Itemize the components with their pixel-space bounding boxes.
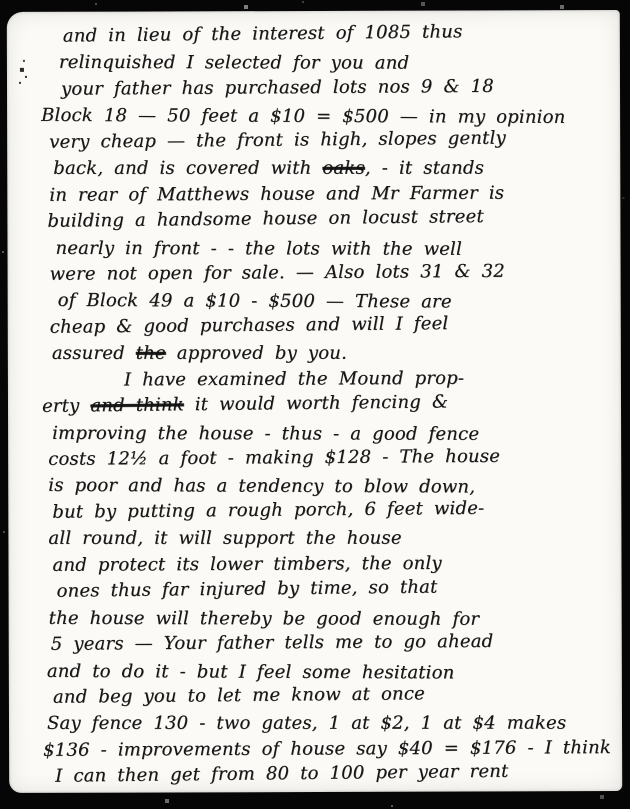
handwriting-line: cheap & good purchases and will I feel <box>42 309 617 341</box>
struck-out-text: the <box>136 343 166 364</box>
handwriting-segment: the house will thereby be good enough fo… <box>49 607 480 629</box>
letter-paper: and in lieu of the interest of 1085 thus… <box>7 10 622 793</box>
handwriting-segment: $136 - improvements of house say $40 = $… <box>43 737 611 761</box>
handwriting-segment: but by putting a rough porch, 6 feet wid… <box>52 498 484 523</box>
handwriting-line: but by putting a rough porch, 6 feet wid… <box>42 494 617 526</box>
handwriting-segment: , - it stands <box>365 158 484 179</box>
handwriting-line: erty and think it would worth fencing & <box>42 388 617 421</box>
handwriting-segment: in rear of Matthews house and Mr Farmer … <box>49 182 504 205</box>
handwriting-segment: nearly in front - - the lots with the we… <box>55 237 461 259</box>
handwriting-line: building a handsome house on locust stre… <box>41 203 616 236</box>
handwriting-line: were not open for sale. — Also lots 31 &… <box>42 258 617 288</box>
handwriting-segment: I can then get from 80 to 100 per year r… <box>55 761 509 787</box>
handwriting-segment: and to do it - but I feel some hesitatio… <box>47 660 455 683</box>
handwriting-segment: Say fence 130 - two gates, 1 at $2, 1 at… <box>47 713 566 734</box>
handwriting-line: Say fence 130 - two gates, 1 at $2, 1 at… <box>43 711 618 738</box>
handwriting-segment: back, and is covered with <box>53 158 322 179</box>
handwriting-segment: your father has purchased lots nos 9 & 1… <box>61 76 494 100</box>
scanned-page: and in lieu of the interest of 1085 thus… <box>0 0 630 809</box>
handwriting-line: ones thus far injured by time, so that <box>42 573 617 606</box>
handwriting-segment: erty <box>42 395 91 417</box>
handwriting-segment: I have examined the Mound prop- <box>124 367 464 390</box>
handwriting-segment: improving the house - thus - a good fenc… <box>52 422 479 444</box>
handwriting-line: costs 12½ a foot - making $128 - The hou… <box>42 443 617 473</box>
handwriting-line: assured the approved by you. <box>42 341 617 368</box>
scan-noise-dots <box>0 0 2 2</box>
handwriting-segment: and protect its lower timbers, the only <box>52 553 441 576</box>
handwriting-segment: of Block 49 a $10 - $500 — These are <box>58 290 452 313</box>
handwriting-line: your father has purchased lots nos 9 & 1… <box>41 73 616 103</box>
handwriting-line: very cheap — the front is high, slopes g… <box>41 124 616 156</box>
handwriting-segment: costs 12½ a foot - making $128 - The hou… <box>48 446 500 470</box>
handwriting-segment: Block 18 — 50 feet a $10 = $500 — in my … <box>41 105 565 128</box>
handwriting-line: and in lieu of the interest of 1085 thus <box>41 18 616 51</box>
handwriting-segment: assured <box>52 343 136 364</box>
handwriting-segment: were not open for sale. — Also lots 31 &… <box>50 261 505 285</box>
handwriting-segment: all round, it will support the house <box>48 528 401 549</box>
handwriting-segment: building a handsome house on locust stre… <box>47 206 484 232</box>
struck-out-text: oaks <box>322 158 365 179</box>
handwriting-segment: 5 years — Your father tells me to go ahe… <box>51 631 494 655</box>
handwriting-segment: ones thus far injured by time, so that <box>56 577 437 602</box>
handwriting-segment: and in lieu of the interest of 1085 thus <box>63 21 463 46</box>
handwriting-line: and beg you to let me know at once <box>43 679 618 711</box>
handwriting-line: all round, it will support the house <box>42 526 617 553</box>
handwriting-segment: relinquished I selected for you and <box>59 52 409 74</box>
handwriting-segment: approved by you. <box>166 343 347 364</box>
handwriting-segment: is poor and has a tendency to blow down, <box>48 475 475 498</box>
handwriting-line: 5 years — Your father tells me to go ahe… <box>43 628 618 658</box>
handwriting-segment: very cheap — the front is high, slopes g… <box>49 127 506 152</box>
handwriting-line: I can then get from 80 to 100 per year r… <box>43 758 618 791</box>
paper-dirt-specks <box>7 12 9 14</box>
handwriting-segment: and beg you to let me know at once <box>53 683 425 707</box>
struck-out-text: and think <box>90 394 184 416</box>
handwriting-segment: cheap & good purchases and will I feel <box>50 313 449 338</box>
handwriting-line: back, and is covered with oaks, - it sta… <box>41 156 616 183</box>
handwriting-text: and in lieu of the interest of 1085 thus… <box>41 22 618 793</box>
handwriting-segment: it would worth fencing & <box>184 392 448 416</box>
